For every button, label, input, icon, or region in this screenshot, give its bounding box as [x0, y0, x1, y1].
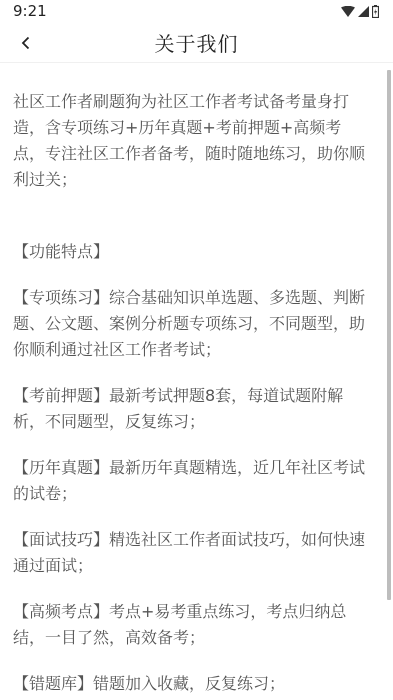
signal-icon	[358, 6, 369, 17]
status-icons	[341, 5, 379, 18]
features-heading: 【功能特点】	[13, 239, 372, 265]
feature-item: 【高频考点】考点+易考重点练习，考点归纳总结，一目了然，高效备考；	[13, 599, 372, 651]
feature-item: 【考前押题】最新考试押题8套，每道试题附解析，不同题型，反复练习；	[13, 383, 372, 435]
feature-item: 【历年真题】最新历年真题精选，近几年社区考试的试卷；	[13, 455, 372, 507]
about-content[interactable]: 社区工作者刷题狗为社区工作者考试备考量身打造，含专项练习+历年真题+考前押题+高…	[0, 63, 385, 700]
vertical-scrollbar[interactable]	[387, 70, 391, 600]
app-bar: 关于我们	[0, 24, 393, 63]
feature-item: 【面试技巧】精选社区工作者面试技巧，如何快速通过面试；	[13, 527, 372, 579]
status-bar: 9:21	[0, 0, 393, 24]
page-title: 关于我们	[0, 28, 393, 57]
wifi-icon	[341, 6, 355, 17]
feature-item: 【错题库】错题加入收藏，反复练习；	[13, 671, 372, 697]
battery-charging-icon	[372, 5, 379, 18]
feature-item: 【专项练习】综合基础知识单选题、多选题、判断题、公文题、案例分析题专项练习，不同…	[13, 285, 372, 363]
intro-text: 社区工作者刷题狗为社区工作者考试备考量身打造，含专项练习+历年真题+考前押题+高…	[13, 89, 372, 193]
status-time: 9:21	[13, 2, 47, 20]
